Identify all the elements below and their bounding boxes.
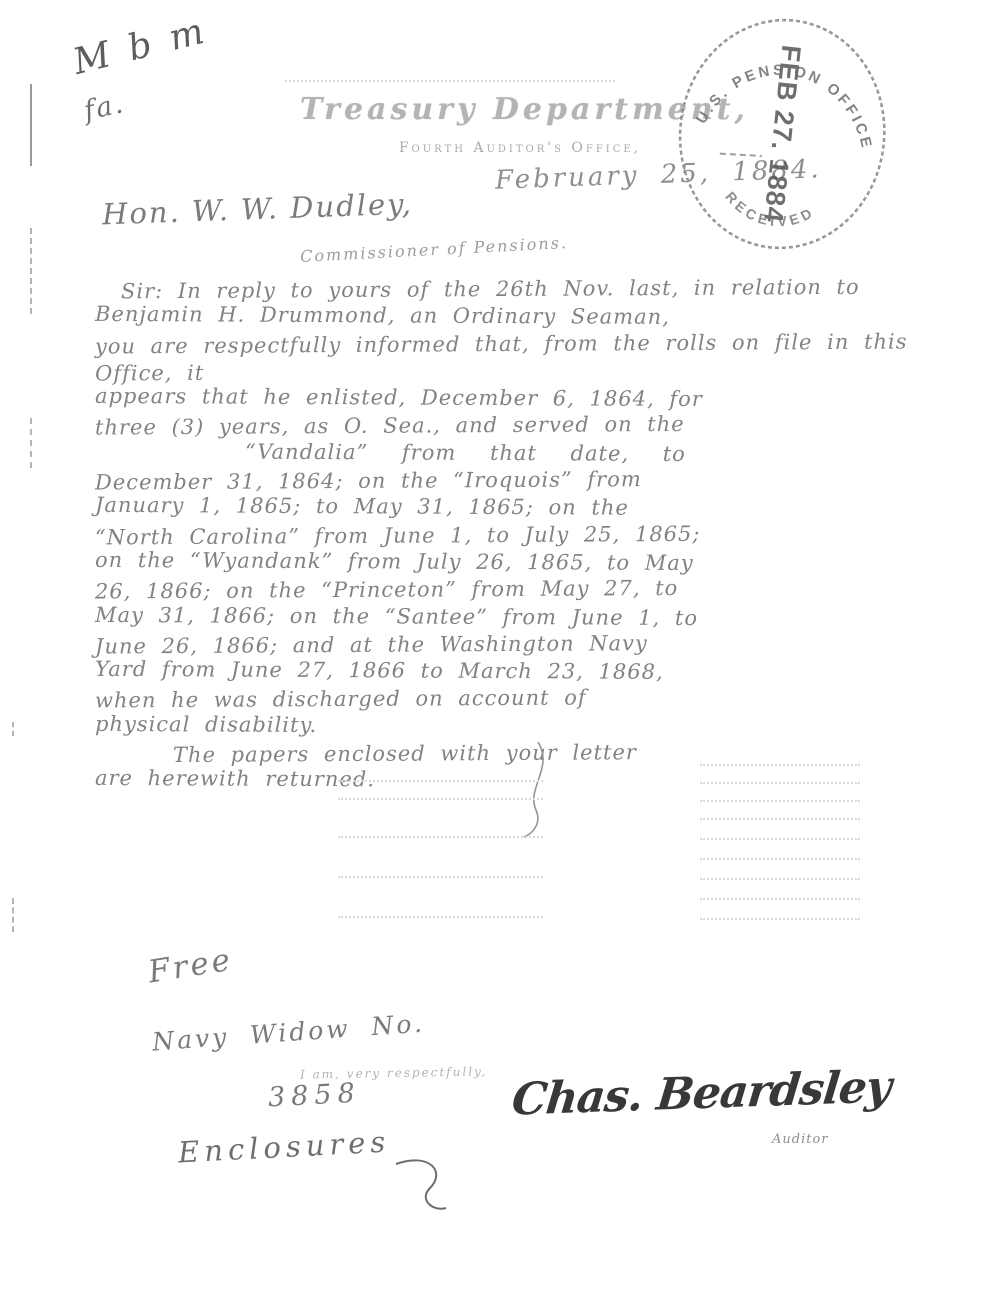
scan-artifact <box>338 798 543 800</box>
scan-artifact <box>12 722 14 736</box>
recipient-title: Commissioner of Pensions. <box>300 233 569 266</box>
scan-artifact <box>338 780 543 782</box>
scan-artifact <box>700 918 860 920</box>
scan-artifact <box>700 878 860 880</box>
signer-title: Auditor <box>772 1132 829 1147</box>
letter-body: Sir: In reply to yours of the 26th Nov. … <box>95 276 913 795</box>
letter-line: January 1, 1865; to May 31, 1865; on the <box>95 492 913 524</box>
recipient-name: Hon. W. W. Dudley, <box>102 187 414 232</box>
auditor-signature: Chas. Beardsley <box>509 1061 893 1125</box>
letter-line: 26, 1866; on the “Princeton” from May 27… <box>95 574 913 606</box>
scan-artifact <box>700 838 860 840</box>
scan-artifact <box>700 782 860 784</box>
scan-artifact <box>285 80 615 82</box>
scan-artifact <box>30 418 32 468</box>
scan-artifact <box>338 876 543 878</box>
letter-line: Benjamin H. Drummond, an Ordinary Seaman… <box>95 301 913 333</box>
file-number: 3858 <box>267 1078 361 1114</box>
enclosures-note: Enclosures <box>177 1124 391 1169</box>
scanned-letter-page: M b m fa. Treasury Department, Fourth Au… <box>0 0 1000 1296</box>
clerk-note: fa. <box>81 88 127 127</box>
received-date-stamp: U.S. PENSION OFFICE RECEIVED FEB 27. 188… <box>651 0 912 274</box>
scan-artifact <box>700 858 860 860</box>
scan-artifact <box>700 764 860 766</box>
pen-flourish <box>520 740 560 840</box>
letter-line: when he was discharged on account of <box>95 683 913 715</box>
scan-artifact <box>30 228 32 314</box>
scan-artifact <box>338 836 543 838</box>
letterhead-office: Fourth Auditor's Office, <box>330 140 710 156</box>
letter-line: you are respectfully informed that, from… <box>95 328 913 388</box>
letter-line: three (3) years, as O. Sea., and served … <box>95 410 913 442</box>
scan-artifact <box>700 818 860 820</box>
scan-artifact <box>700 800 860 802</box>
closing-line: I am, very respectfully, <box>300 1064 487 1081</box>
scan-artifact <box>30 84 32 166</box>
file-reference: Navy Widow No. <box>151 1009 425 1057</box>
scan-artifact <box>700 898 860 900</box>
clerk-initials: M b m <box>69 10 212 83</box>
scan-artifact <box>338 916 543 918</box>
scan-artifact <box>12 898 14 932</box>
frank-note: Free <box>146 942 236 991</box>
pen-flourish <box>390 1150 450 1220</box>
